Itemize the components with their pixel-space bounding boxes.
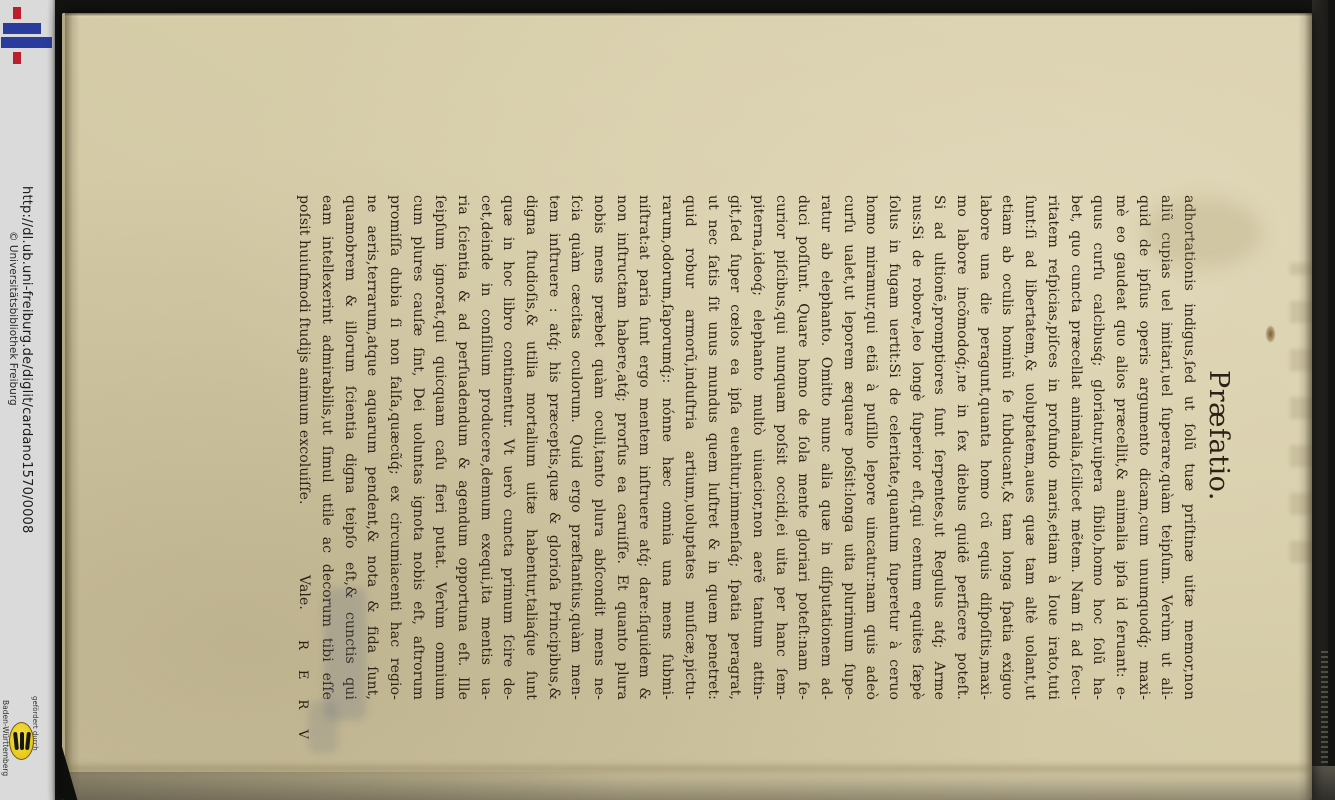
page-surface: Præfatio. adhortationis indigus,ſed ut ſ… — [62, 13, 1312, 800]
text-line: quæ in hoc libro continentur. Vt uerò cu… — [497, 195, 520, 700]
logo-blue-bar-long — [1, 37, 52, 48]
url-watermark: http://dl.ub.uni-freiburg.de/diglit/card… — [19, 186, 34, 534]
text-line: rarum,odorum,ſaporumq́;: nónne hæc omnia… — [656, 195, 679, 700]
lion-figure — [20, 732, 24, 750]
lion-figure — [13, 732, 19, 750]
text-line: homo miramur,qui etiã à puſillo lepore u… — [860, 195, 883, 700]
logo-blue-bar-short — [3, 23, 41, 34]
text-line: poſsit huiuſmodi ſtudijs animum excoluiſ… — [293, 195, 316, 700]
text-line: quamobrem & illorum ſcientia digna teipſ… — [338, 195, 361, 700]
text-line: quid robur armorũ,induſtria artium,uolup… — [678, 195, 701, 700]
text-line: duci poſſunt. Quare homo de ſola mente g… — [792, 195, 815, 700]
copyright-watermark: © Universitätsbibliothek Freiburg — [7, 231, 19, 406]
text-line: Si ad ultionẽ,promptiores ſunt ſerpentes… — [928, 195, 951, 700]
text-line: ſcia quàm cæcitas oculorum. Quid ergo pr… — [565, 195, 588, 700]
funding-region-label: Baden-Württemberg — [1, 700, 10, 776]
source-bar: http://dl.ub.uni-freiburg.de/diglit/card… — [0, 0, 55, 800]
praefatio-heading: Præfatio. — [1203, 183, 1234, 688]
text-line: ritatem reſpicias,piſces in profundo mar… — [1041, 195, 1064, 700]
catchword: R E R V — [295, 640, 310, 747]
text-line: mo labore incõmodoq́;,ne in ſex diebus q… — [950, 195, 973, 700]
text-line: tem inſtruere : atq́; his præceptis,quæ … — [542, 195, 565, 700]
text-line: ut nec ſatis ſit unus mundus quem luſtre… — [701, 195, 724, 700]
text-line: etiam ab oculis hominũ ſe ſubducant,& ta… — [996, 195, 1019, 700]
text-line: ſunt:ſi ad libertatem,& uoluptatem,aues … — [1019, 195, 1042, 700]
text-line: nus:Si de robore,leo longè ſuperior eſt,… — [905, 195, 928, 700]
lion-figure — [25, 732, 31, 750]
text-line: git,ſed ſuper cœlos ea ipſa euehitur,imm… — [724, 195, 747, 700]
book-page: Præfatio. adhortationis indigus,ſed ut ſ… — [62, 13, 1312, 800]
text-line: curior piſcibus,qui nunquam poſsit occid… — [769, 195, 792, 700]
text-line: ria ſcientia & ad perſuadendum & agendum… — [451, 195, 474, 700]
text-line: ſeipſum ignorat,qui quicquam caſu fieri … — [429, 195, 452, 700]
text-line: ſolus in fugam uertit:Si de celeritate,q… — [882, 195, 905, 700]
text-line: non inſtructam habere,atq́; prorſus ea c… — [610, 195, 633, 700]
text-line: bet, quo cuncta præcellat animalia,ſcili… — [1064, 195, 1087, 700]
text-line: labore una die peragunt,quanta homo cũ e… — [973, 195, 996, 700]
text-line: digna ſtudioſis,& utilia mortalium uitæ … — [519, 195, 542, 700]
text-line: mè eo gaudeat quo alios præcellit,& anim… — [1109, 195, 1132, 700]
text-line: niſtrat:at paria ſunt ergo mentem inſtru… — [633, 195, 656, 700]
preface-text: adhortationis indigus,ſed ut ſolũ tuæ pr… — [293, 195, 1201, 700]
ub-freiburg-logo-icon — [0, 3, 55, 73]
edge-inscription — [1321, 648, 1328, 763]
text-line: cum plures cauſæ ſint, Dei uoluntas igno… — [406, 195, 429, 700]
text-line: ratur ab elephanto. Omitto nunc alia quæ… — [814, 195, 837, 700]
text-line: quid de ipſius operis argumento dicam,cu… — [1132, 195, 1155, 700]
text-line: adhortationis indigus,ſed ut ſolũ tuæ pr… — [1177, 195, 1200, 700]
text-line: curſu ualet,ut leporem æquare poſsit:lon… — [837, 195, 860, 700]
text-line: aliũ cupias uel imitari,uel ſuperare,quà… — [1155, 195, 1178, 700]
text-line: ne aeris,terrarum,atque aquarum pendent,… — [361, 195, 384, 700]
text-line: nobis mens præbet quàm oculi,tanto plura… — [587, 195, 610, 700]
scan-area: Præfatio. adhortationis indigus,ſed ut ſ… — [55, 0, 1335, 800]
text-line: piterna,ideoq́; elephanto multò uiuacior… — [746, 195, 769, 700]
baden-wuerttemberg-arms-icon — [9, 722, 34, 760]
text-line: promiſſa dubia ſi non falſa,quæcũq́; ex … — [383, 195, 406, 700]
digitized-book-viewer: http://dl.ub.uni-freiburg.de/diglit/card… — [0, 0, 1335, 800]
logo-red-square-top — [13, 7, 21, 19]
text-line: quus curſu calcibusq́; gloriatur,uipera … — [1087, 195, 1110, 700]
logo-red-square-bottom — [13, 52, 21, 64]
text-line: cet,deinde in conſilium producere,demum … — [474, 195, 497, 700]
text-line: eam intellexerint admirabilis,ut ſimul u… — [315, 195, 338, 700]
